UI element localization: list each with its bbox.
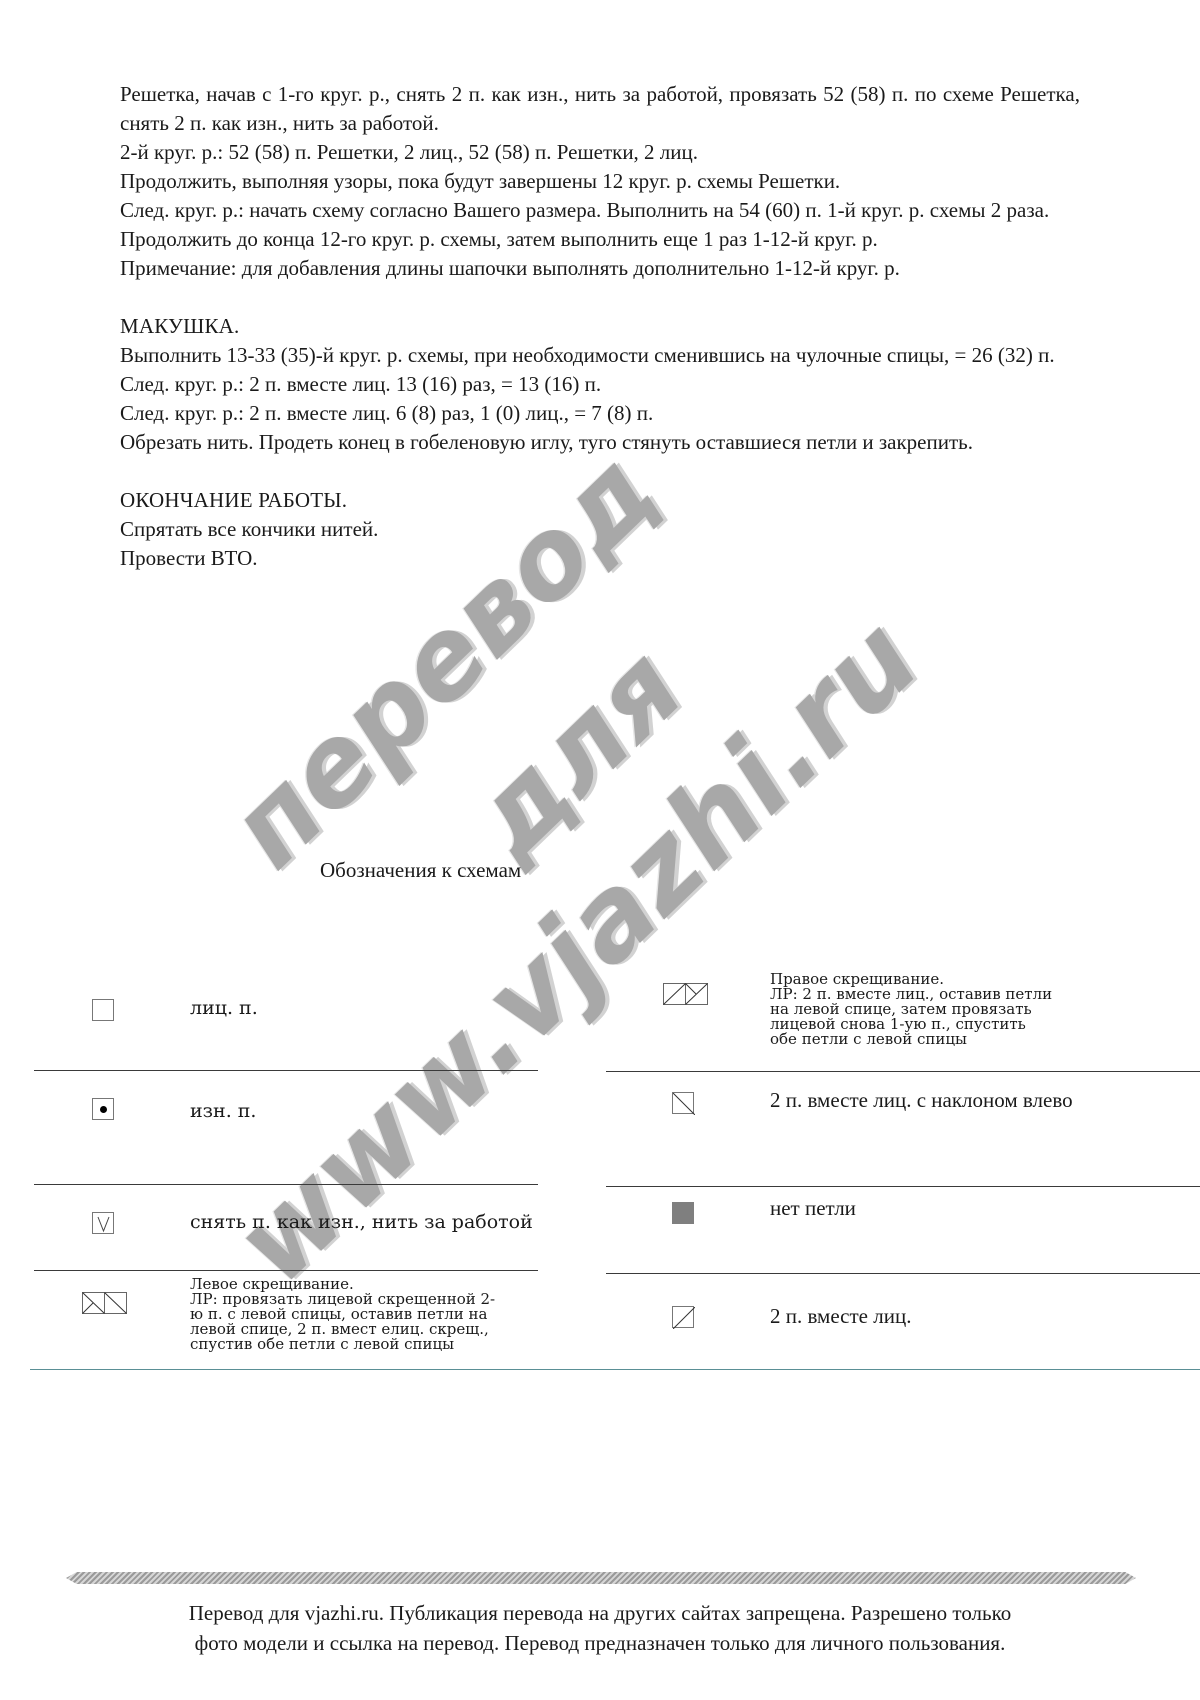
legend-table: лиц. п. изн. п. снять п. как изн., нить … (0, 0, 1200, 1700)
k2tog-icon (672, 1306, 694, 1328)
left-cross-icon (82, 1292, 128, 1314)
divider (34, 1270, 538, 1271)
desc-line: обе петли с левой спицы (770, 1032, 1092, 1047)
table-bottom-border (30, 1369, 1200, 1370)
legend-label: 2 п. вместе лиц. с наклоном влево (770, 1088, 1073, 1112)
left-cross-description: Левое скрещивание. ЛР: провязать лицевой… (190, 1277, 550, 1352)
legend-label: изн. п. (190, 1099, 256, 1123)
divider (606, 1273, 1200, 1274)
divider (34, 1184, 538, 1185)
desc-line: спустив обе петли с левой спицы (190, 1337, 550, 1352)
no-stitch-icon (672, 1202, 694, 1224)
right-cross-icon (663, 983, 709, 1005)
knit-stitch-icon (92, 999, 114, 1021)
ssk-icon (672, 1092, 694, 1114)
legend-label: лиц. п. (190, 996, 258, 1020)
divider (606, 1186, 1200, 1187)
divider (606, 1071, 1200, 1072)
purl-stitch-icon (92, 1098, 114, 1120)
legend-label: 2 п. вместе лиц. (770, 1304, 911, 1328)
slip-stitch-icon (92, 1212, 114, 1234)
divider (34, 1070, 538, 1071)
right-cross-description: Правое скрещивание. ЛР: 2 п. вместе лиц.… (770, 972, 1092, 1047)
legend-label: нет петли (770, 1196, 856, 1220)
legend-label: снять п. как изн., нить за работой (190, 1210, 533, 1234)
